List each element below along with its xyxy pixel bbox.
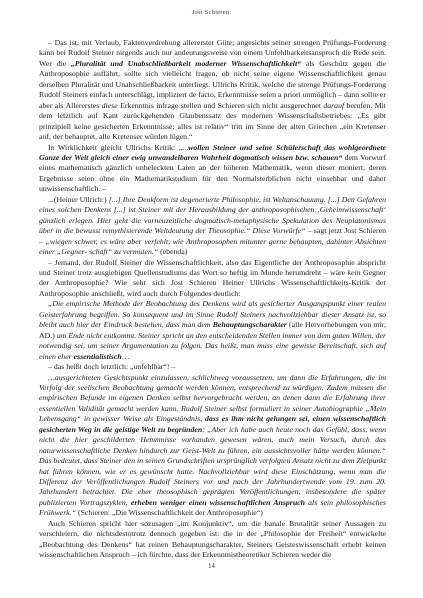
paragraph: In Wirklichkeit gleicht Ullrichs Kritik:… xyxy=(39,143,386,195)
paragraph: …ausgerichteten Gesichtspunkt einzulasse… xyxy=(39,373,386,519)
running-header: Jost Schieren: xyxy=(0,9,423,16)
text-run: (ebenda) xyxy=(158,247,187,256)
paragraph: ...(Heiner Ullrich:) [...] Ihre Denkform… xyxy=(39,195,386,258)
text-run: erheben weniger einen wissenschaftlichen… xyxy=(131,498,305,507)
text-run: Auch Schieren spricht hier sozusagen „im… xyxy=(39,519,386,559)
text-run: „wiegen schwer, es wäre aber verfehlt, w… xyxy=(39,237,386,256)
text-run: kein xyxy=(348,268,361,277)
text-run: „Pluralität und Unabschließbarkeit moder… xyxy=(71,59,301,68)
text-run: essentialistisch xyxy=(74,352,122,361)
text-run: – das heißt doch letztlich: „unfehlbar“!… xyxy=(48,362,175,371)
text-run: ...(Heiner Ullrich:) xyxy=(48,195,109,204)
text-run: In Wirklichkeit gleicht Ullrichs Kritik:… xyxy=(48,143,188,152)
text-run: – Jemand, der Rudolf Steiner die Wissens… xyxy=(39,258,386,277)
text-run: : „Aber ich habe auch heute noch das Gef… xyxy=(39,425,386,507)
document-page: Jost Schieren: – Das ist, mit Verlaub, F… xyxy=(0,0,423,598)
paragraph: – Das ist, mit Verlaub, Faktenverdrehung… xyxy=(39,38,386,143)
text-run: Erkenntnis infrage stellen und Schieren … xyxy=(118,101,324,110)
paragraph: „Die empirische Methode der Beobachtung … xyxy=(39,299,386,362)
text-run: (Schieren: „Die Wissenschaftlichkeit der… xyxy=(76,508,263,517)
paragraph: – das heißt doch letztlich: „unfehlbar“!… xyxy=(39,362,386,372)
text-run: … xyxy=(122,352,130,361)
text-run: Behauptungscharakter xyxy=(213,320,287,329)
page-number: 14 xyxy=(0,563,423,570)
text-run: darauf xyxy=(323,101,344,110)
paragraph: – Jemand, der Rudolf Steiner die Wissens… xyxy=(39,258,386,300)
body-text: – Das ist, mit Verlaub, Faktenverdrehung… xyxy=(39,38,386,561)
text-run: diese xyxy=(102,101,118,110)
paragraph: Auch Schieren spricht hier sozusagen „im… xyxy=(39,519,386,561)
